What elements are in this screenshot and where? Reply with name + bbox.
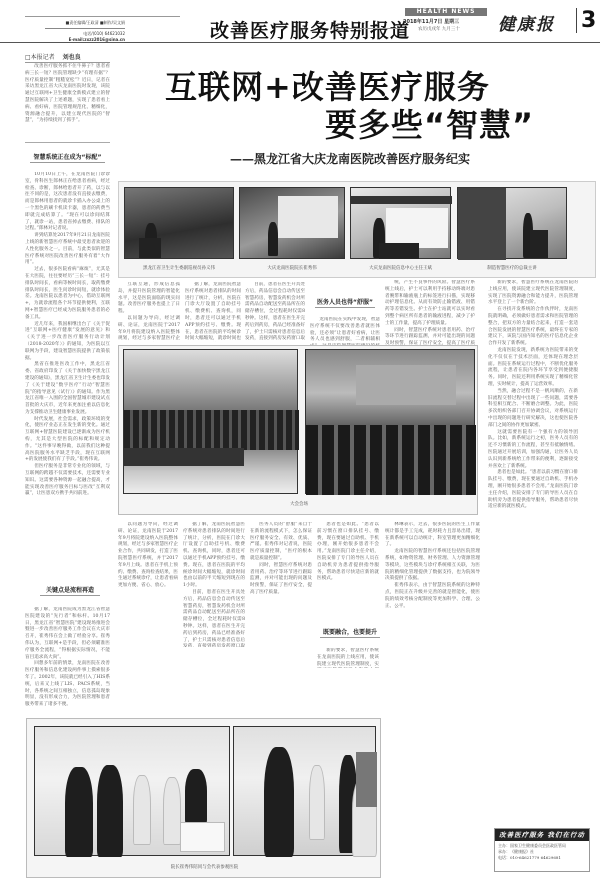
paragraph: 林琳表示，过去，很多医院的医生工作量统计都是手工完成，耗时耗力且容易出错，现在新… [385,522,480,549]
subhead-4: 既要融合，也要提升 [320,627,380,638]
byline: □本报记者刘也良 [25,52,110,63]
byline-label: □本报记者 [25,54,55,61]
paragraph: 以问题为导向，经过调研、论证，龙南医院于2017年9月将院建设纳入医院整体规划，… [118,522,178,590]
paragraph: 10月10日上午，在龙南医院门诊诊室，骨科医生郎林正在给患者看病，经过检查、诊断… [25,172,110,233]
paragraph: 这就需要医院有一个强有力的领导团队。比如，新系统运行之初，医务人员有的还不习惯新… [488,430,578,471]
hospital-tour-photo-left [34,726,230,856]
headline-line2: 要多些“智慧” [325,100,534,146]
hospital-tour-photo-frame: 院长崔秀伟陪同与会代表参观医院 [26,718,381,878]
paragraph: 据了解，龙南医院成为黑龙江省智慧医院建设的“先行者”和标杆。10月17日，黑龙江… [25,607,110,661]
speaker-photo-2 [239,187,345,259]
issue-date: 2018年11月7日 星期三 [403,18,459,25]
column-1: 10月10日上午，在龙南医院门诊诊室，骨科医生郎林正在给患者看病，经过检查、诊断… [25,172,110,527]
hospital-tour-photo-right [233,726,376,856]
column-3: 目前，患者在医生开具处方后，药品信息会自动传送至智慧药房，智慧发药机会对所需药品… [245,282,305,342]
subhead-3: 医务人员也得“舒服” [315,297,375,308]
campaign-title: 改善医疗服务 我们在行动 [495,829,589,841]
masthead-rule [25,16,180,17]
paragraph: 患者也是如此。“患者以前习惯在窗口排队挂号、缴费，现在要通过自助机、手机办理，刚… [317,522,379,583]
paragraph: 统，产生不良事件的风险。智慧医疗系统上线后，护士可以利用手持移动终端对患者腕带和… [385,280,475,328]
paragraph: 龙南医院发现，新系统为医院带来的变化不仅仅在于技术层面，还体现在理念层面。医院在… [488,348,578,389]
paragraph: 龙南医院的智慧医疗系统还包括医院管理系统，如物资管理、财务管理、人力资源管理等模… [385,549,480,583]
hospital-tour-caption: 院长崔秀伟陪同与会代表参观医院 [27,864,382,870]
paper-logo: 健康报 [498,10,555,35]
column-9: 医务人员的“舒服”来自于在新的流程模式下，怎么保证医疗服务安全、有效、优质、严谨… [250,522,312,647]
paragraph: 崔秀伟表示，由于智慧医院系统的这种特点，医院正在升级并完善的就是智能化，使医院的… [385,583,480,610]
column-8: 据了解，龙南医院智慧医疗系统对患者排队的时间进行了统计，分析，医院在门诊大厅设置… [183,522,245,647]
campaign-phone: 电话：010-64621779 64629681 [498,855,586,861]
column-7: 以问题为导向，经过调研、论证，龙南医院于2017年9月将院建设纳入医院整体规划，… [118,522,178,647]
column-4: 龙南医院在实践中发现，智慧医疗系统不仅要改善患者就医体验，还必须“让患者好看病，… [310,317,380,345]
conference-caption: 大会会场 [119,501,479,507]
column-6: 新的要求，智慧医疗系统在龙南医院的上线应用，使该院建立现代医院管理制度，实现了医… [488,280,578,880]
byline-name: 刘也良 [63,54,81,61]
paragraph: 以问题为导向，经过调研、论证，龙南医院于2017年9月将院建设纳入医院整体规划，… [118,316,180,342]
lead-paragraph: 改善医疗服务抓不住牛鼻子？患者看病三长一短？医院管理缺少“有理有据”？医疗质量控… [25,64,110,125]
speaker-photo-1 [124,187,234,259]
paragraph: 但医疗服务是非常专业化的领域，与互联网的跨越不仅需要技术，还需要专业知识。这需要… [25,464,110,498]
conference-photo-right [305,349,475,494]
caption-3: 大庆龙南医院信息中心主任王斌 [350,265,451,271]
paragraph: 据了解，龙南医院智慧医疗系统对患者排队的时间进行了统计，分析，医院在门诊大厅设置… [183,522,245,590]
caption-1: 黑龙江省卫生计生委副巡视员孙义伟 [124,265,234,271]
health-news-badge: HEALTH NEWS [405,8,487,16]
headline-deck: ——黑龙江省大庆龙南医院改善医疗服务纪实 [230,150,470,167]
paragraph: 黑省在推进医改工作中，黑龙江省委、省政府印发了《关于加快数字黑龙江建设的通知》，… [25,362,110,416]
conference-photo-left [123,349,298,494]
paragraph: 讲到结算处2017年9月21日龙南医院上线的新智慧医疗系统中最受患者欢迎的人性化… [25,233,110,267]
paragraph: 在寻找开发系统的合作伙伴时，龙南医院就明确，必须做好患者需求和医院管理的整合，把… [488,307,578,348]
column-1-continued: 据了解，龙南医院成为黑龙江省智慧医院建设的“先行者”和标杆。10月17日，黑龙江… [25,607,110,715]
paragraph: 新的要求，智慧医疗系统在龙南医院的上线应用，使该院建立现代医院管理制度，实现了医… [488,280,578,307]
paragraph: 龙南医院在实践中发现，智慧医疗系统不仅要改善患者就医体验，还必须“让患者好看病，… [310,317,380,345]
lead-text: 改善医疗服务抓不住牛鼻子？患者看病三长一短？医院管理缺少“有理有据”？医疗质量控… [25,64,110,125]
caption-4: 制造智慧医疗的总裁主讲 [457,265,567,271]
subhead-1: 智慧系统正在成为“标配” [30,152,105,163]
paragraph: 回想多年前的情景，龙南医院在改善医疗服务和信息化建设两件事上摸索很多年了。200… [25,661,110,709]
paragraph: 患者也是如此。“患者以前习惯在窗口排队挂号、缴费，现在要通过自助机、手机办理，刚… [488,470,578,511]
column-2: 互联互通，形成信息孤岛，并提升医院管理的智能化水平，这是医院面临的现实问题。改善… [118,282,180,342]
page-number: 3 [576,8,596,33]
paragraph: 近几年来，我国相继出台了《关于促进“互联网+医疗健康”发展的意见》和《关于进一步… [25,322,110,363]
paragraph: 过去，很多医院看病“麻烦”，尤其是在大医院，往往要经历“三长一短”：挂号排队时间… [25,267,110,321]
column-10-continued: 新的要求，智慧医疗系统在龙南医院的上线应用，使该院建立现代医院管理制度，实现了医… [317,648,379,668]
paragraph: 目前，患者在医生开具处方后，药品信息会自动传送至智慧药房，智慧发药机会对所需药品… [183,590,245,647]
speaker-photo-3 [350,187,451,259]
masthead-editor-info: ■责任编辑/王政清 ■制作/吴文娟 电话/(010) 64621032 E-ma… [45,20,125,43]
lunar-date: 农历戊戌年 九月三十 [418,26,460,32]
paragraph: 新的要求，智慧医疗系统在龙南医院的上线应用，使该院建立现代医院管理制度，实现了医… [317,648,379,668]
lead-rule [25,142,110,143]
column-10: 患者也是如此。“患者以前习惯在窗口排队挂号、缴费，现在要通过自助机、手机办理，刚… [317,522,379,617]
paragraph: 互联互通，形成信息孤岛，并提升医院管理的智能化水平，这是医院面临的现实问题。改善… [118,282,180,316]
photo-strip: 黑龙江省卫生计生委副巡视员孙义伟 大庆龙南医院院长崔秀伟 大庆龙南医院信息中心主… [118,181,596,278]
paragraph: 医务人员的“舒服”来自于在新的流程模式下，怎么保证医疗服务安全、有效、优质、严谨… [250,522,312,563]
masthead-divider [0,42,600,43]
speaker-photo-4 [457,187,567,259]
column-2b: 据了解，龙南医院智慧医疗系统对患者排队的时间进行了统计，分析，医院在门诊大厅设置… [185,282,241,342]
paragraph: 据了解，龙南医院智慧医疗系统对患者排队的时间进行了统计，分析，医院在门诊大厅设置… [185,282,241,342]
section-rule [345,28,400,29]
paragraph: 目前，患者在医生开具处方后，药品信息会自动传送至智慧药房，智慧发药机会对所需药品… [245,282,305,342]
editor-credits: ■责任编辑/王政清 ■制作/吴文娟 [45,20,125,29]
paragraph: 当然，融合过程不是一帆风顺的，在新旧流程交替过程中出现了一些问题，需要各科室相互… [488,389,578,430]
subhead-2: 关键点是流程再造 [40,585,100,596]
column-11: 林琳表示，过去，很多医院的医生工作量统计都是手工完成，耗时耗力且容易出错，现在新… [385,522,480,657]
caption-2: 大庆龙南医院院长崔秀伟 [239,265,345,271]
paragraph: 同时，智慧医疗系统对患者用药、治疗等环节进行跟踪监测，并对可能出现的问题及时预警… [250,563,312,597]
paragraph: 时代发展，社会需求，政策环境的变化，使医疗业态正在发生新的变化。通过互联网+智慧… [25,417,110,465]
section-title: 改善医疗服务特别报道 [210,16,410,43]
conference-photo-frame: 大会会场 [118,345,478,515]
campaign-box: 改善医疗服务 我们在行动 主办：国家卫生健康委员会医政医管局 承办：《健康报》社… [494,828,590,872]
